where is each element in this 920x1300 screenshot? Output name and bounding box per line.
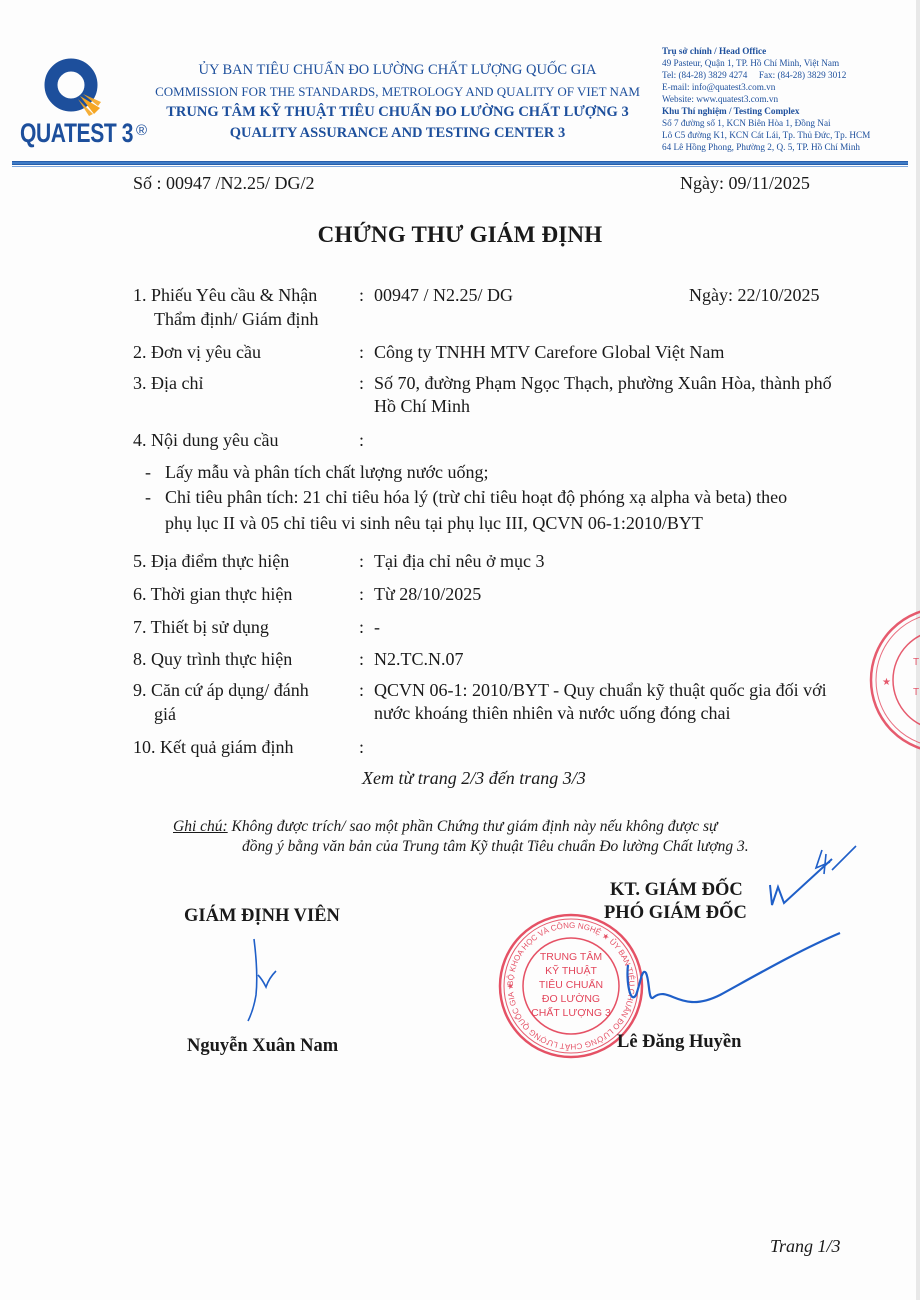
logo-brand: QUATEST 3: [20, 118, 133, 149]
item-label: 9. Căn cứ áp dụng/ đánh: [133, 679, 358, 702]
head-office-title: Trụ sở chính / Head Office: [662, 45, 918, 57]
item-value: Số 70, đường Phạm Ngọc Thạch, phường Xuâ…: [374, 372, 854, 418]
note-line-2: đồng ý bằng văn bản của Trung tâm Kỹ thu…: [173, 837, 749, 857]
svg-text:T: T: [913, 687, 919, 698]
note-line-1: Không được trích/ sao một phần Chứng thư…: [232, 818, 718, 835]
org-line-1: ỦY BAN TIÊU CHUẨN ĐO LƯỜNG CHẤT LƯỢNG QU…: [135, 60, 660, 81]
bullet-dash: -: [145, 459, 151, 485]
note-label: Ghi chú:: [173, 818, 228, 835]
bullet-text: phụ lục II và 05 chỉ tiêu vi sinh nêu tạ…: [165, 510, 865, 536]
item-label: 8. Quy trình thực hiện: [133, 648, 358, 671]
page-number: Trang 1/3: [770, 1236, 841, 1257]
document-number: Số : 00947 /N2.25/ DG/2: [133, 173, 315, 194]
svg-text:★: ★: [882, 677, 891, 688]
org-line-2: COMMISSION FOR THE STANDARDS, METROLOGY …: [135, 81, 660, 102]
stamp-line-3: TIÊU CHUẨN: [539, 978, 603, 991]
item-colon: :: [359, 284, 364, 307]
item-5: 5. Địa điểm thực hiện : Tại địa chỉ nêu …: [133, 550, 853, 574]
note: Ghi chú: Không được trích/ sao một phần …: [173, 817, 749, 857]
inspector-signature-icon: [240, 935, 290, 1025]
testing-address-2: Lô C5 đường K1, KCN Cát Lái, Tp. Thủ Đức…: [662, 129, 918, 141]
item-colon: :: [359, 429, 364, 452]
quatest-q-logo-icon: [44, 58, 104, 118]
item-4: 4. Nội dung yêu cầu :: [133, 429, 853, 453]
header-divider-thin: [12, 166, 908, 167]
item-7: 7. Thiết bị sử dụng : -: [133, 616, 853, 640]
item-10: 10. Kết quả giám định :: [133, 736, 853, 760]
inspector-name: Nguyễn Xuân Nam: [187, 1036, 338, 1057]
header-org-names: ỦY BAN TIÊU CHUẨN ĐO LƯỜNG CHẤT LƯỢNG QU…: [135, 60, 660, 144]
item-colon: :: [359, 372, 364, 395]
item-colon: :: [359, 736, 364, 759]
bullet-dash: -: [145, 484, 151, 510]
result-note: Xem từ trang 2/3 đến trang 3/3: [362, 768, 586, 789]
bullet-text: Chỉ tiêu phân tích: 21 chỉ tiêu hóa lý (…: [165, 484, 865, 510]
item-label-continued: giá: [133, 703, 379, 726]
stamp-line-5: CHẤT LƯỢNG 3: [531, 1006, 611, 1019]
item-colon: :: [359, 341, 364, 364]
quatest-logo: QUATEST 3 ®: [20, 58, 135, 158]
director-name: Lê Đăng Huyền: [617, 1032, 741, 1053]
director-signature-icon: [610, 855, 850, 1035]
item-value: N2.TC.N.07: [374, 648, 864, 671]
item-colon: :: [359, 583, 364, 606]
item-value: QCVN 06-1: 2010/BYT - Quy chuẩn kỹ thuật…: [374, 679, 854, 725]
item-value: Tại địa chỉ nêu ở mục 3: [374, 550, 864, 573]
item-label: 6. Thời gian thực hiện: [133, 583, 358, 606]
header-divider: [12, 161, 908, 165]
item-label: 3. Địa chỉ: [133, 372, 358, 395]
org-line-3: TRUNG TÂM KỸ THUẬT TIÊU CHUẨN ĐO LƯỜNG C…: [135, 102, 660, 123]
item-2: 2. Đơn vị yêu cầu : Công ty TNHH MTV Car…: [133, 341, 853, 365]
item-6: 6. Thời gian thực hiện : Từ 28/10/2025: [133, 583, 853, 607]
org-line-4: QUALITY ASSURANCE AND TESTING CENTER 3: [135, 123, 660, 144]
testing-address-1: Số 7 đường số 1, KCN Biên Hòa 1, Đồng Na…: [662, 117, 918, 129]
stamp-line-4: ĐO LƯỜNG: [542, 992, 600, 1005]
item-9: 9. Căn cứ áp dụng/ đánh : QCVN 06-1: 201…: [133, 679, 853, 727]
item-colon: :: [359, 550, 364, 573]
item-1: 1. Phiếu Yêu cầu & Nhận : 00947 / N2.25/…: [133, 284, 853, 332]
inspector-title: GIÁM ĐỊNH VIÊN: [184, 906, 340, 927]
website: Website: www.quatest3.com.vn: [662, 93, 918, 105]
item-label: 2. Đơn vị yêu cầu: [133, 341, 358, 364]
item-label: 5. Địa điểm thực hiện: [133, 550, 358, 573]
stamp-line-2: KỸ THUẬT: [545, 964, 597, 977]
item-label-continued: Thẩm định/ Giám định: [133, 308, 379, 331]
item-colon: :: [359, 648, 364, 671]
item-value: Từ 28/10/2025: [374, 583, 864, 606]
bullet-text: Lấy mẫu và phân tích chất lượng nước uốn…: [165, 459, 865, 485]
testing-address-3: 64 Lê Hồng Phong, Phường 2, Q. 5, TP. Hồ…: [662, 141, 918, 153]
item-3: 3. Địa chỉ : Số 70, đường Phạm Ngọc Thạc…: [133, 372, 853, 420]
item-label: 10. Kết quả giám định: [133, 736, 358, 759]
header-contact: Trụ sở chính / Head Office 49 Pasteur, Q…: [662, 45, 918, 153]
document-date: Ngày: 09/11/2025: [680, 173, 810, 194]
item-colon: :: [359, 679, 364, 702]
svg-text:T: T: [913, 657, 919, 668]
item-label: 4. Nội dung yêu cầu: [133, 429, 358, 452]
head-office-address: 49 Pasteur, Quận 1, TP. Hồ Chí Minh, Việ…: [662, 57, 918, 69]
email: E-mail: info@quatest3.com.vn: [662, 81, 918, 93]
item-label: 7. Thiết bị sử dụng: [133, 616, 358, 639]
item-value: Công ty TNHH MTV Carefore Global Việt Na…: [374, 341, 864, 364]
item-8: 8. Quy trình thực hiện : N2.TC.N.07: [133, 648, 853, 672]
request-date: Ngày: 22/10/2025: [689, 284, 820, 307]
item-label: 1. Phiếu Yêu cầu & Nhận: [133, 284, 358, 307]
testing-complex-title: Khu Thí nghiệm / Testing Complex: [662, 105, 918, 117]
item-value: -: [374, 616, 864, 639]
page-title: CHỨNG THƯ GIÁM ĐỊNH: [0, 222, 920, 248]
tel-fax: Tel: (84-28) 3829 4274 Fax: (84-28) 3829…: [662, 69, 918, 81]
page-seal-icon: ★ T T: [868, 605, 920, 755]
stamp-line-1: TRUNG TÂM: [540, 950, 602, 963]
item-colon: :: [359, 616, 364, 639]
